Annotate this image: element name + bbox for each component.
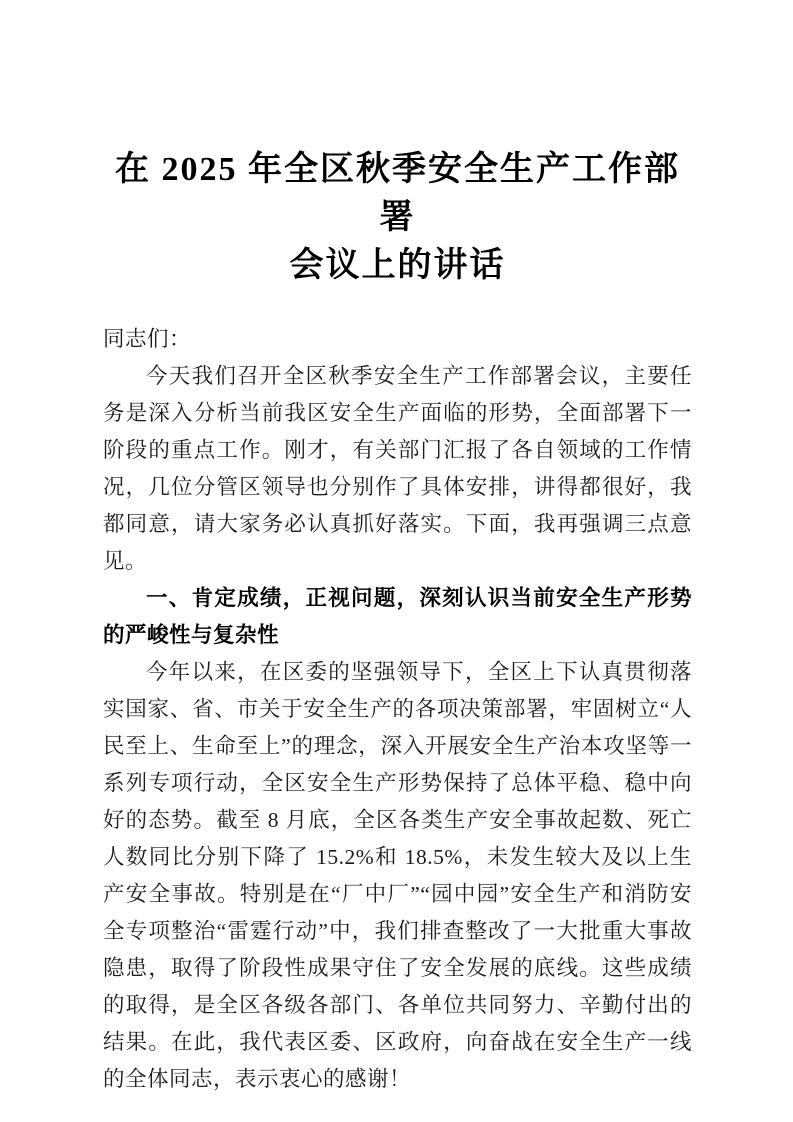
paragraph-section-1-content: 今年以来，在区委的坚强领导下，全区上下认真贯彻落实国家、省、市关于安全生产的各项… [103,654,692,1098]
document-title-line-2: 会议上的讲话 [103,242,692,290]
document-title: 在 2025 年全区秋季安全生产工作部署 会议上的讲话 [103,146,692,290]
document-page: 在 2025 年全区秋季安全生产工作部署 会议上的讲话 同志们： 今天我们召开全… [0,0,793,1122]
salutation-line: 同志们： [103,321,692,358]
document-title-line-1: 在 2025 年全区秋季安全生产工作部署 [103,146,692,242]
section-heading-1: 一、肯定成绩，正视问题，深刻认识当前安全生产形势的严峻性与复杂性 [103,580,692,654]
document-body: 同志们： 今天我们召开全区秋季安全生产工作部署会议，主要任务是深入分析当前我区安… [103,321,692,1098]
paragraph-opening: 今天我们召开全区秋季安全生产工作部署会议，主要任务是深入分析当前我区安全生产面临… [103,358,692,580]
